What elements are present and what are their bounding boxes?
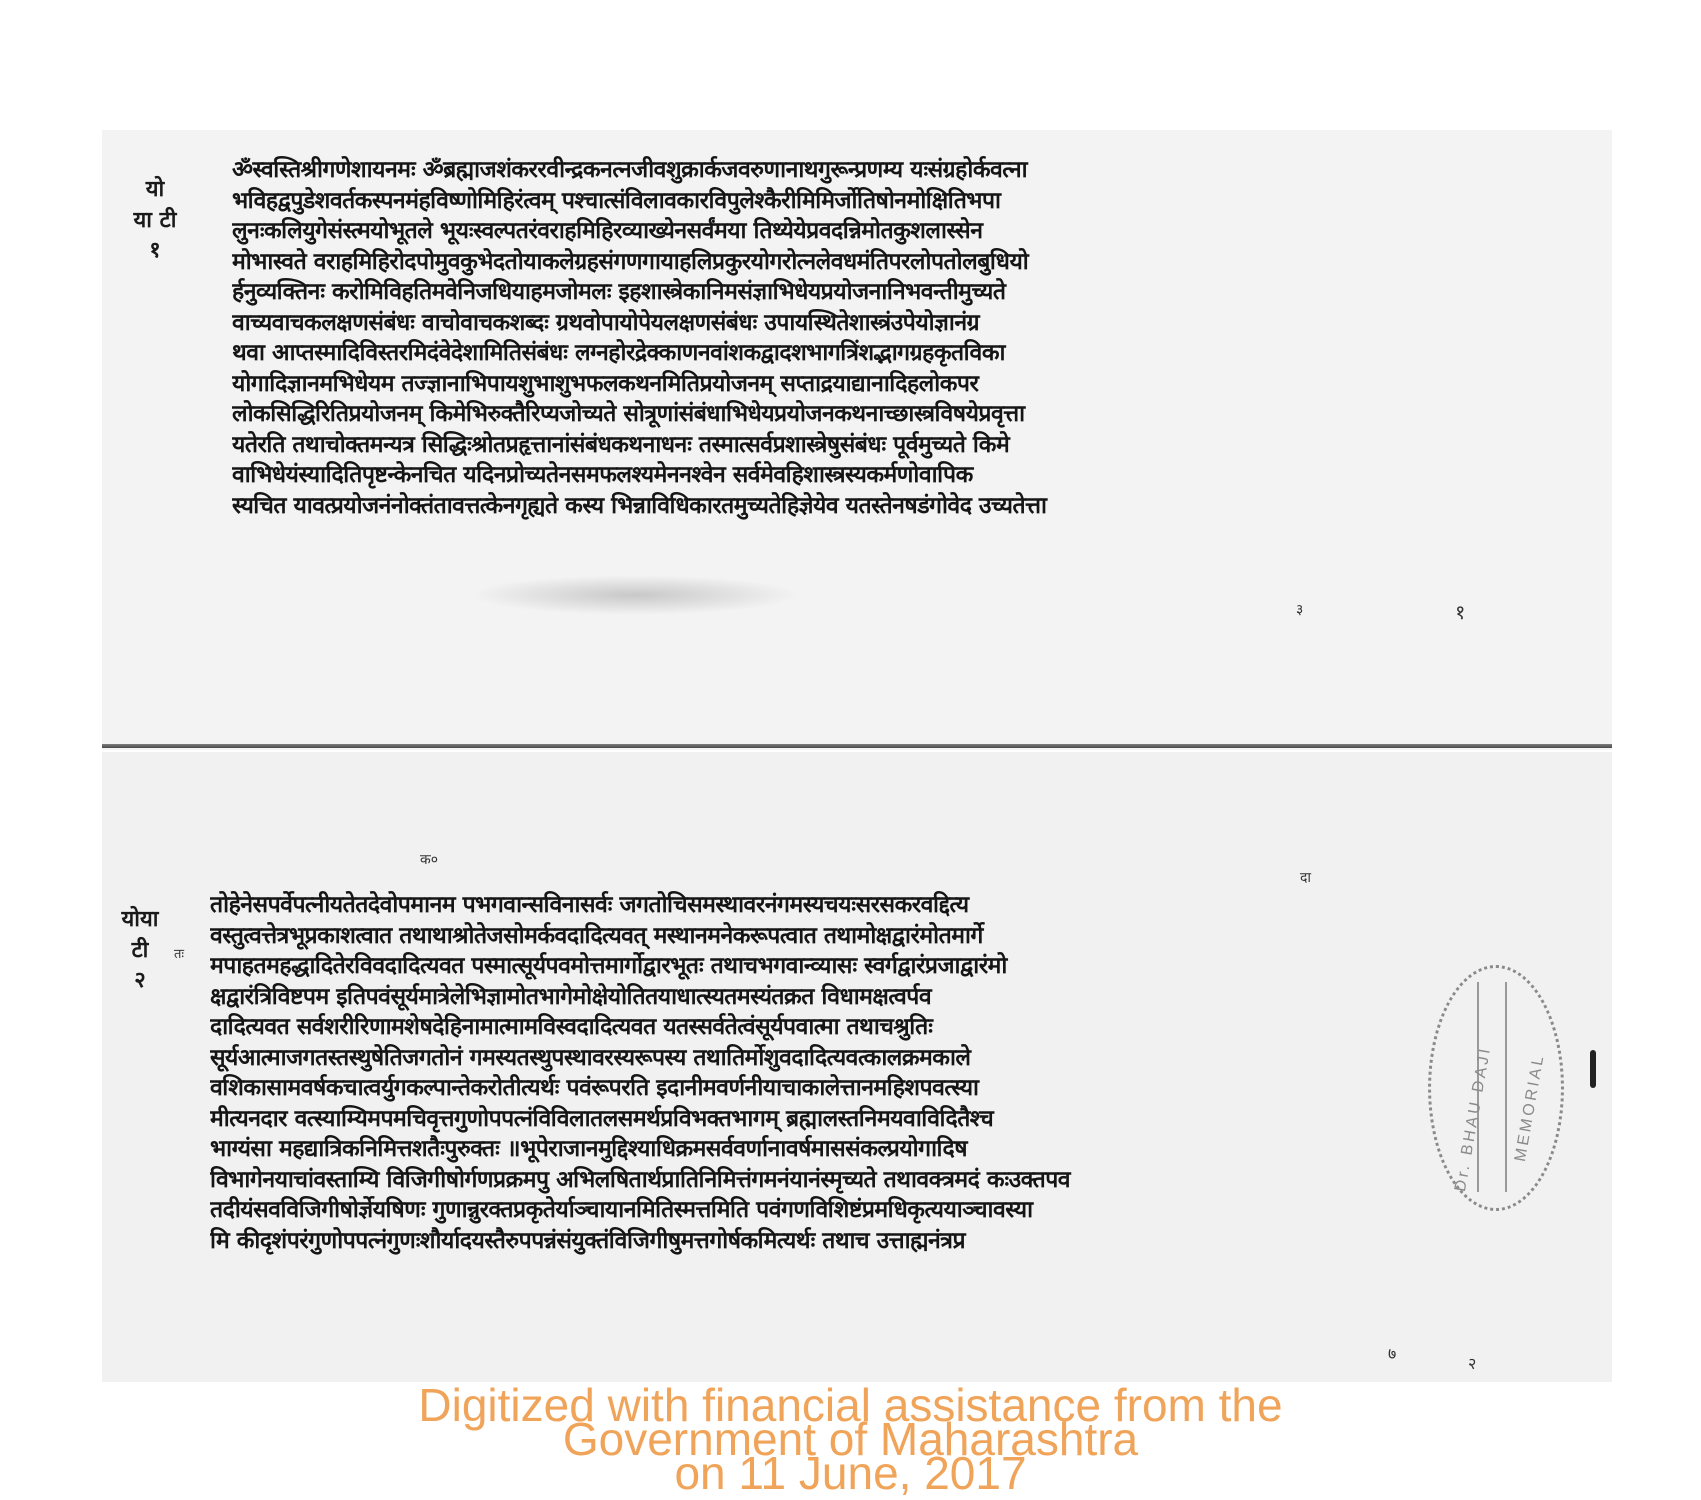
edge-mark (1590, 1050, 1596, 1088)
text-line: मोभास्वते वराहमिहिरोदपोमुवकुभेदतोयाकलेग्… (232, 247, 1392, 278)
margin-note-line: यो (130, 175, 180, 206)
page-number-bottom: २ (1468, 1352, 1476, 1374)
text-line: मि कीदृशंपरंगुणोपपत्नंगुणःशौर्यादयस्तैरु… (210, 1226, 1390, 1257)
manuscript-text-top: ॐस्वस्तिश्रीगणेशायनमः ॐब्रह्माजशंकररवीन्… (232, 155, 1392, 521)
manuscript-text-bottom: तोहेनेसपर्वेपत्नीयतेतदेवोपमानम पभगवान्सव… (210, 890, 1390, 1256)
interlinear-mark: ३ (1296, 600, 1303, 619)
end-mark: ७ (1388, 1342, 1396, 1364)
margin-note-line: १ (130, 236, 180, 267)
text-line: यतेरति तथाचोक्तमन्यत्र सिद्धिःश्रोतप्रहृ… (232, 430, 1392, 461)
watermark-line-3: on 11 June, 2017 (0, 1456, 1701, 1490)
ink-smudge (470, 575, 800, 615)
text-line: वाच्यवाचकलक्षणसंबंधः वाचोवाचकशब्दः ग्रथव… (232, 308, 1392, 339)
text-line: योगादिज्ञानमभिधेयम तज्ज्ञानाभिपायशुभाशुभ… (232, 369, 1392, 400)
text-line: ॐस्वस्तिश्रीगणेशायनमः ॐब्रह्माजशंकररवीन्… (232, 155, 1392, 186)
text-line: सूर्यआत्माजगतस्तस्थुषेतिजगतोनं गमस्यतस्थ… (210, 1043, 1390, 1074)
margin-note-bottom: योया टी २ (110, 905, 170, 997)
text-line: दादित्यवत सर्वशरीरिणामशेषदेहिनामात्मामवि… (210, 1012, 1390, 1043)
margin-note-top: यो या टी १ (130, 175, 180, 267)
text-line: थवा आप्तस्मादिविस्तरमिदंवेदेशामितिसंबंधः… (232, 338, 1392, 369)
header-mark-left: क० (420, 850, 438, 869)
text-line: र्हनुव्यक्तिनः करोमिविहतिमवेनिजधियाहमजोम… (232, 277, 1392, 308)
text-line: तोहेनेसपर्वेपत्नीयतेतदेवोपमानम पभगवान्सव… (210, 890, 1390, 921)
header-mark-right: दा (1300, 868, 1311, 887)
folio-divider (102, 744, 1612, 748)
text-line: क्षद्वारंत्रिविष्टपम इतिपवंसूर्यमात्रेले… (210, 982, 1390, 1013)
page-number-top: १ (1455, 598, 1465, 625)
text-line: तदीयंसवविजिगीषोर्ज्ञेयषिणः गुणान्नुरक्तप… (210, 1195, 1390, 1226)
text-line: मपाहतमहद्धादितेरविवदादित्यवत पस्मात्सूर्… (210, 951, 1390, 982)
text-line: मीत्यनदार वत्स्याम्यिमपमचिवृत्तगुणोपपत्न… (210, 1104, 1390, 1135)
text-line: स्यचित यावत्प्रयोजनंनोक्तंतावत्तत्केनगृह… (232, 491, 1392, 522)
text-line: वस्तुत्वत्तेत्रभूप्रकाशत्वात तथाथाश्रोते… (210, 921, 1390, 952)
text-line: विभागेनयाचांवस्ताम्यि विजिगीषोर्गणप्रक्र… (210, 1165, 1390, 1196)
text-line: लुनःकलियुगेसंस्त्मयोभूतले भूयःस्वल्पतरंव… (232, 216, 1392, 247)
text-line: लोकसिद्धिरितिप्रयोजनम् किमेभिरुक्तैरिप्य… (232, 399, 1392, 430)
text-line: भाग्यंसा महद्यात्रिकनिमित्तशतैःपुरुक्तः … (210, 1134, 1390, 1165)
margin-note-line: टी (110, 936, 170, 967)
margin-note-line: योया (110, 905, 170, 936)
margin-note-line: २ (110, 966, 170, 997)
library-stamp (1428, 965, 1564, 1211)
text-line: वाभिधेयंस्यादितिपृष्टन्केनचित यदिनप्रोच्… (232, 460, 1392, 491)
text-line: वशिकासामवर्षकचात्वर्युगकल्पान्तेकरोतीत्य… (210, 1073, 1390, 1104)
margin-small-note: तः (174, 944, 184, 962)
margin-note-line: या टी (130, 206, 180, 237)
text-line: भविहद्वपुडेशवर्तकस्पनमंहविष्णोमिहिरंत्वम… (232, 186, 1392, 217)
